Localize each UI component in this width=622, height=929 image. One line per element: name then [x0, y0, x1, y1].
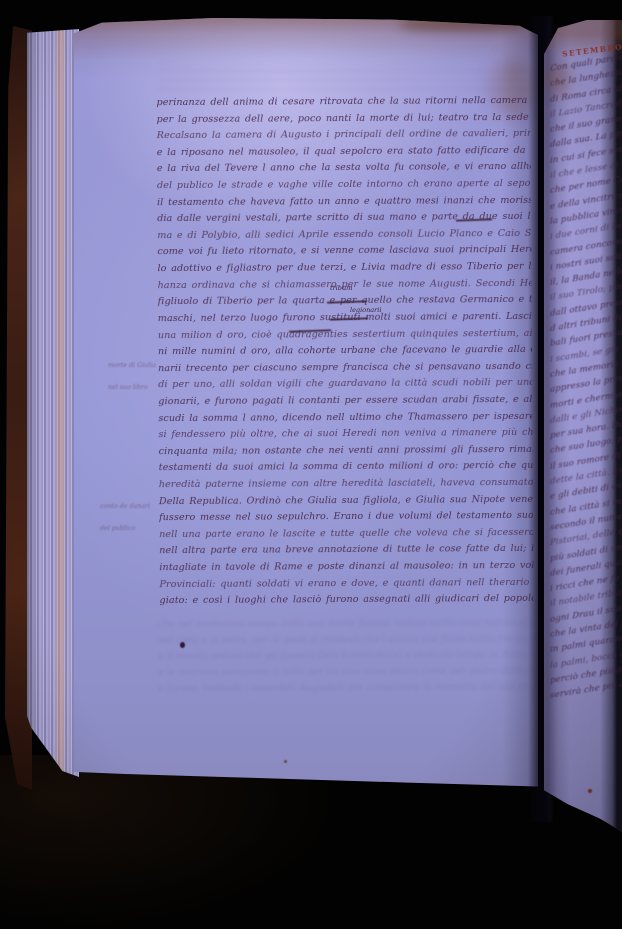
- manuscript-text-block: perinanza dell anima di cesare ritrovata…: [156, 93, 533, 610]
- faded-erased-text-block: che nel medesimo tempo della sua morte f…: [158, 615, 540, 697]
- right-page-text-block: Con quali parole offerseche la lunghezza…: [550, 50, 622, 704]
- right-page-curled: SETEMBRO Con quali parole offerseche la …: [544, 20, 622, 835]
- ink-bleedthrough-band: [158, 62, 530, 90]
- faded-line: e furono instituiti i sacerdoti Augustal…: [158, 679, 540, 697]
- left-page: perinanza dell anima di cesare ritrovata…: [74, 18, 538, 788]
- photographed-open-book: perinanza dell anima di cesare ritrovata…: [0, 0, 622, 929]
- margin-note: morte di Giulianel suo libro: [108, 362, 156, 406]
- shadow-under-book: [0, 755, 340, 929]
- ink-speck: [588, 789, 592, 793]
- margin-note-line: del publico: [100, 525, 150, 547]
- stain: [400, 18, 524, 31]
- margin-note-line: morte di Giulia: [108, 362, 156, 384]
- manuscript-line: giato: e così i luoghi che lasciò furono…: [159, 591, 533, 610]
- interlinear-correction: legionarii: [350, 306, 381, 314]
- ink-speck: [284, 760, 287, 763]
- interlinear-correction: tribuni: [330, 284, 352, 292]
- margin-note-line: conto de danari: [100, 503, 150, 525]
- page-edges-stack: [27, 29, 79, 777]
- margin-note: conto de danaridel publico: [100, 503, 150, 547]
- ink-speck: [180, 642, 185, 648]
- margin-note-line: nel suo libro: [108, 384, 156, 406]
